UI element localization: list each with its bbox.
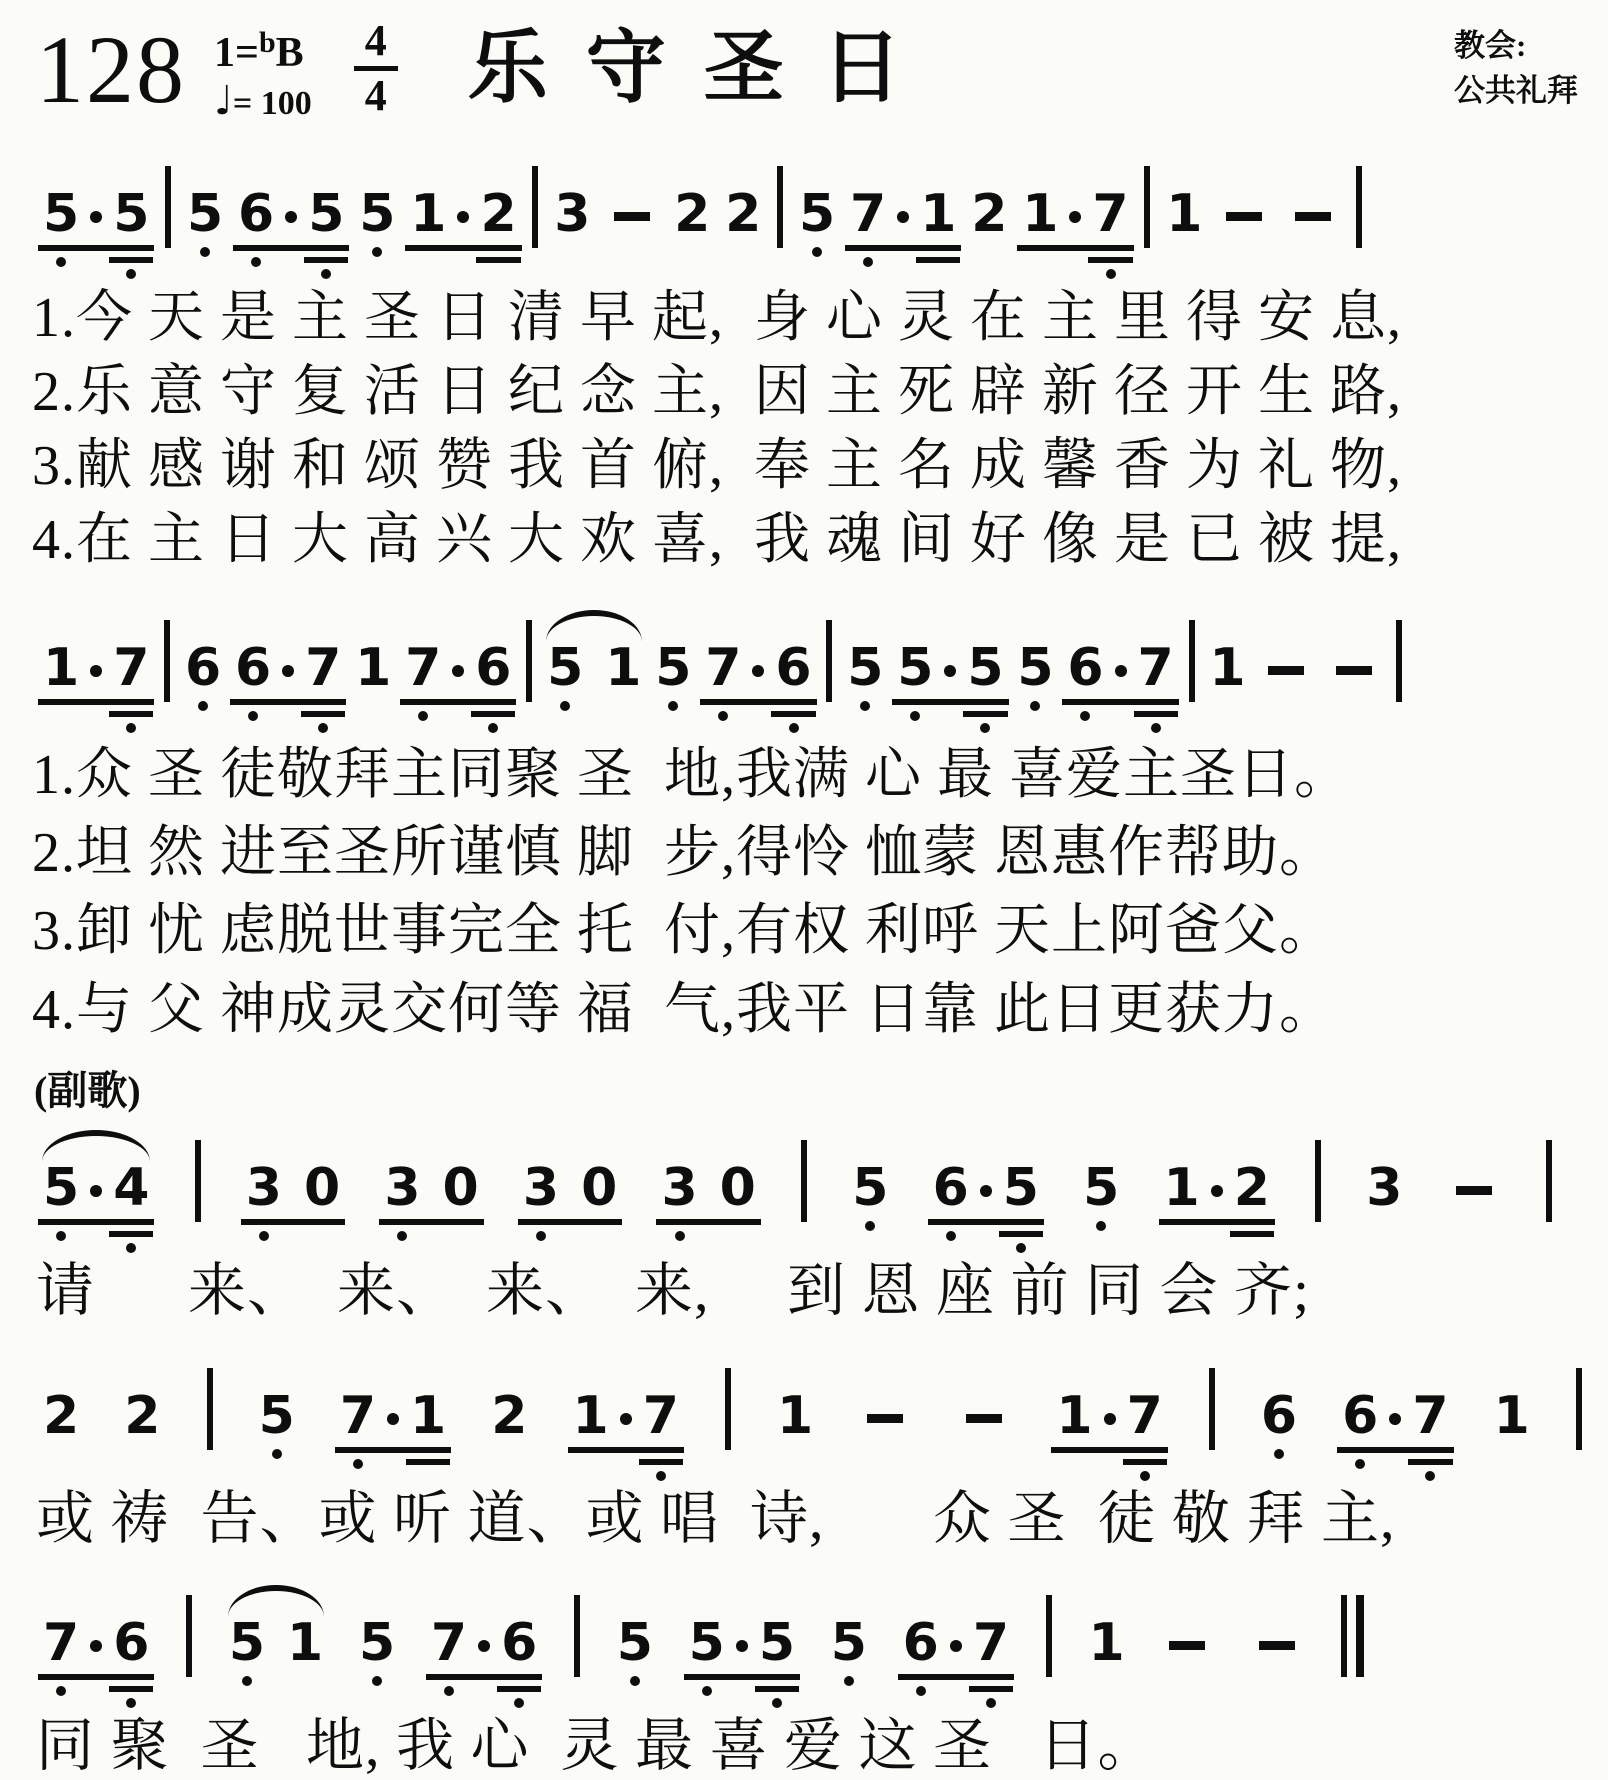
note-group: 6 [1258, 1390, 1300, 1442]
augmentation-dot [736, 1640, 748, 1652]
note-group: 65 [930, 1162, 1042, 1214]
note: 5 [655, 642, 691, 694]
note: 7 [973, 1617, 1009, 1669]
duration-dash [867, 1414, 903, 1423]
note: 0 [581, 1162, 617, 1214]
note-group: 5 [849, 1162, 891, 1214]
verse-line: 2.乐 意 守 复 活 日 纪 念 主, 因 主 死 辟 新 径 开 生 路, [32, 356, 1582, 430]
verse-lyrics-part1: 1.今 天 是 主 圣 日 清 早 起, 身 心 灵 在 主 里 得 安 息, … [32, 282, 1582, 578]
note-group: 76 [428, 1617, 540, 1669]
category-value: 公共礼拜 [1454, 69, 1578, 114]
note-group: 5 [1080, 1162, 1122, 1214]
note-group: 1 [1491, 1390, 1533, 1442]
note: 7 [43, 1617, 79, 1669]
augmentation-dot [1069, 211, 1081, 223]
note-group: 67 [1339, 1390, 1451, 1442]
note: 5 [617, 1617, 653, 1669]
note-group: 2 [968, 188, 1010, 240]
duration-dash [1226, 212, 1262, 221]
note-group: 12 [1161, 1162, 1273, 1214]
verse-lyrics-part2: 1.众 圣 徒敬拜主同聚 圣 地,我满 心 最 喜爱主圣日。 2.坦 然 进至圣… [32, 736, 1582, 1050]
verse-line: 4.与 父 神成灵交何等 福 气,我平 日靠 此日更获力。 [32, 971, 1582, 1049]
note-group: 55 [40, 188, 152, 240]
barline [207, 1368, 213, 1450]
note: 1 [1164, 1162, 1200, 1214]
refrain-music-line-2: 225712171176671 [38, 1332, 1588, 1482]
note: 5 [1003, 1162, 1039, 1214]
note: 5 [259, 1390, 295, 1442]
augmentation-dot [90, 1185, 102, 1197]
note: 7 [1127, 1390, 1163, 1442]
augmentation-dot [90, 1640, 102, 1652]
note: 5 [113, 188, 149, 240]
note: 0 [304, 1162, 340, 1214]
key-tempo-block: 1=bB ♩= 100 [214, 28, 312, 124]
note: 4 [113, 1162, 149, 1214]
barline [1576, 1368, 1582, 1450]
note-group [602, 212, 662, 240]
note: 5 [847, 642, 883, 694]
note: 6 [113, 1617, 149, 1669]
note-group: 3 [1363, 1162, 1405, 1214]
note-group: 30 [658, 1162, 758, 1214]
note-group: 17 [570, 1390, 682, 1442]
note-group [954, 1414, 1014, 1442]
barline [826, 620, 832, 702]
barline [164, 620, 170, 702]
hymn-sheet: 128 1=bB ♩= 100 4 4 乐守圣日 教会: 公共礼拜 555655… [0, 0, 1608, 1780]
note: 2 [1234, 1162, 1270, 1214]
note: 1 [1494, 1390, 1530, 1442]
note: 6 [1067, 642, 1103, 694]
duration-dash [1268, 666, 1304, 675]
note-group: 5 [844, 642, 886, 694]
verse-line: 3.献 感 谢 和 颂 赞 我 首 俯, 奉 主 名 成 馨 香 为 礼 物, [32, 430, 1582, 504]
note: 7 [431, 1617, 467, 1669]
note-group: 2 [488, 1390, 530, 1442]
note: 6 [235, 642, 271, 694]
note-group: 76 [702, 642, 814, 694]
augmentation-dot [90, 665, 102, 677]
augmentation-dot [980, 1185, 992, 1197]
page-title: 乐守圣日 [468, 22, 940, 114]
barline [1356, 166, 1362, 248]
note: 2 [674, 188, 710, 240]
note: 6 [185, 642, 221, 694]
note: 7 [1412, 1390, 1448, 1442]
note: 5 [359, 188, 395, 240]
note-group: 6 [182, 642, 224, 694]
note-group-slur: 54 [40, 1162, 152, 1214]
worship-category: 教会: 公共礼拜 [1454, 24, 1578, 114]
note: 6 [501, 1617, 537, 1669]
note: 7 [643, 1390, 679, 1442]
category-label: 教会: [1454, 24, 1578, 69]
note: 6 [775, 642, 811, 694]
note-group: 76 [402, 642, 514, 694]
note: 3 [246, 1162, 282, 1214]
augmentation-dot [897, 211, 909, 223]
note-group: 5 [256, 1390, 298, 1442]
barline [1396, 620, 1402, 702]
verse-line: 1.今 天 是 主 圣 日 清 早 起, 身 心 灵 在 主 里 得 安 息, [32, 282, 1582, 356]
barline [186, 1595, 192, 1677]
barline [532, 166, 538, 248]
verse-line: 3.卸 忧 虑脱世事完全 托 付,有权 利呼 天上阿爸父。 [32, 892, 1582, 970]
note-group [1247, 1641, 1307, 1669]
note-group-slur: 51 [226, 1617, 326, 1669]
augmentation-dot [1104, 1413, 1116, 1425]
note: 7 [340, 1390, 376, 1442]
note: 5 [852, 1162, 888, 1214]
note-group: 30 [520, 1162, 620, 1214]
note: 5 [547, 642, 583, 694]
note: 2 [971, 188, 1007, 240]
note: 5 [359, 1617, 395, 1669]
note-group: 17 [40, 642, 152, 694]
note: 5 [1083, 1162, 1119, 1214]
key-signature: 1=bB [214, 28, 312, 74]
time-signature: 4 4 [354, 18, 398, 119]
note-group: 76 [40, 1617, 152, 1669]
refrain-line: 同 聚 圣 地, 我 心 灵 最 喜 爱 这 圣 日。 [36, 1711, 1582, 1780]
augmentation-dot [387, 1413, 399, 1425]
augmentation-dot [620, 1413, 632, 1425]
note: 1 [573, 1390, 609, 1442]
augmentation-dot [944, 665, 956, 677]
barline [1315, 1140, 1321, 1222]
note-group: 3 [551, 188, 593, 240]
header: 128 1=bB ♩= 100 4 4 乐守圣日 教会: 公共礼拜 [26, 14, 1582, 124]
note: 5 [759, 1617, 795, 1669]
duration-dash [966, 1414, 1002, 1423]
augmentation-dot [1211, 1185, 1223, 1197]
barline [165, 166, 171, 248]
barline [574, 1595, 580, 1677]
note-group: 65 [235, 188, 347, 240]
music-line-verse-a: 555655123225712171 [38, 130, 1368, 280]
refrain-lyrics-1: 请 来、 来、 来、 来, 到 恩 座 前 同 会 齐; [32, 1256, 1582, 1326]
refrain-lyrics-2: 或 祷 告、或 听 道、或 唱 诗, 众 圣 徒 敬 拜 主, [32, 1484, 1582, 1554]
note: 5 [43, 1162, 79, 1214]
note: 7 [1138, 642, 1174, 694]
augmentation-dot [752, 665, 764, 677]
note-group: 5 [356, 188, 398, 240]
note-group: 67 [1064, 642, 1176, 694]
tempo-marking: ♩= 100 [214, 78, 312, 124]
note: 1 [605, 642, 641, 694]
note-group: 2 [121, 1390, 163, 1442]
refrain-music-line-3: 76515765555671 [38, 1559, 1368, 1709]
note-group: 30 [243, 1162, 343, 1214]
barline [801, 1140, 807, 1222]
augmentation-dot [90, 211, 102, 223]
note: 2 [480, 188, 516, 240]
barline [195, 1140, 201, 1222]
duration-dash [1456, 1186, 1492, 1195]
note-group: 1 [1163, 188, 1205, 240]
note: 5 [799, 188, 835, 240]
note-group: 1 [1206, 642, 1248, 694]
note: 1 [410, 188, 446, 240]
verse-line: 1.众 圣 徒敬拜主同聚 圣 地,我满 心 最 喜爱主圣日。 [32, 736, 1582, 814]
final-barline-stroke [1356, 1595, 1364, 1677]
key-tonic: B [276, 30, 304, 76]
note: 2 [124, 1390, 160, 1442]
note: 6 [1342, 1390, 1378, 1442]
note-group: 30 [381, 1162, 481, 1214]
note-group: 2 [40, 1390, 82, 1442]
verse-line: 2.坦 然 进至圣所谨慎 脚 步,得怜 恤蒙 恩惠作帮助。 [32, 814, 1582, 892]
note-group: 71 [847, 188, 959, 240]
note-group: 71 [337, 1390, 449, 1442]
note-group: 1 [774, 1390, 816, 1442]
note: 5 [187, 188, 223, 240]
note: 2 [43, 1390, 79, 1442]
note: 3 [523, 1162, 559, 1214]
note: 1 [410, 1390, 446, 1442]
barline [1189, 620, 1195, 702]
note: 5 [897, 642, 933, 694]
key-prefix: 1= [214, 30, 259, 76]
note: 5 [308, 188, 344, 240]
music-line-verse-b: 17667176515765555671 [38, 584, 1408, 734]
note-group: 67 [232, 642, 344, 694]
final-barline-stroke [1341, 1595, 1347, 1677]
note: 5 [1017, 642, 1053, 694]
note-group: 5 [1014, 642, 1056, 694]
note: 1 [355, 642, 391, 694]
augmentation-dot [478, 1640, 490, 1652]
note: 2 [725, 188, 761, 240]
note-group: 67 [900, 1617, 1012, 1669]
barline [777, 166, 783, 248]
note: 1 [43, 642, 79, 694]
barline [526, 620, 532, 702]
augmentation-dot [1389, 1413, 1401, 1425]
augmentation-dot [1115, 665, 1127, 677]
barline [725, 1368, 731, 1450]
duration-dash [1169, 1641, 1205, 1650]
note-group [1324, 666, 1384, 694]
refrain-line: 或 祷 告、或 听 道、或 唱 诗, 众 圣 徒 敬 拜 主, [36, 1484, 1582, 1554]
note-group: 1 [1086, 1617, 1128, 1669]
note: 1 [1166, 188, 1202, 240]
quarter-note-icon: ♩ [214, 78, 233, 124]
note-group: 2 [722, 188, 764, 240]
note-group: 5 [796, 188, 838, 240]
note: 3 [384, 1162, 420, 1214]
refrain-music-line-1: 54303030305655123 [38, 1104, 1558, 1254]
hymn-number: 128 [36, 22, 186, 118]
barline [1046, 1595, 1052, 1677]
note-group: 1 [352, 642, 394, 694]
note-group: 5 [828, 1617, 870, 1669]
note-group [1256, 666, 1316, 694]
note-group [1444, 1186, 1504, 1214]
note: 1 [777, 1390, 813, 1442]
note: 6 [238, 188, 274, 240]
flat-accidental: b [259, 26, 276, 59]
duration-dash [1259, 1641, 1295, 1650]
note: 5 [967, 642, 1003, 694]
duration-dash [1336, 666, 1372, 675]
augmentation-dot [452, 665, 464, 677]
note-group: 5 [652, 642, 694, 694]
note: 1 [1209, 642, 1245, 694]
note-group: 2 [671, 188, 713, 240]
note: 6 [475, 642, 511, 694]
note: 5 [689, 1617, 725, 1669]
note: 3 [661, 1162, 697, 1214]
verse-line: 4.在 主 日 大 高 兴 大 欢 喜, 我 魂 间 好 像 是 已 被 提, [32, 504, 1582, 578]
note-group [855, 1414, 915, 1442]
note-group [1283, 212, 1343, 240]
note: 1 [1022, 188, 1058, 240]
tempo-value: = 100 [233, 85, 312, 122]
note-group: 12 [407, 188, 519, 240]
note: 1 [1056, 1390, 1092, 1442]
note: 6 [1261, 1390, 1297, 1442]
note: 1 [920, 188, 956, 240]
time-sig-denominator: 4 [354, 73, 398, 119]
note: 7 [113, 642, 149, 694]
duration-dash [1295, 212, 1331, 221]
barline [1209, 1368, 1215, 1450]
note: 5 [229, 1617, 265, 1669]
note-group: 17 [1053, 1390, 1165, 1442]
note: 7 [705, 642, 741, 694]
note: 6 [933, 1162, 969, 1214]
note: 7 [850, 188, 886, 240]
augmentation-dot [457, 211, 469, 223]
note: 7 [305, 642, 341, 694]
note: 7 [405, 642, 441, 694]
note: 3 [1366, 1162, 1402, 1214]
note-group: 5 [356, 1617, 398, 1669]
final-barline [1341, 1595, 1364, 1677]
time-sig-numerator: 4 [354, 18, 398, 64]
refrain-line: 请 来、 来、 来、 来, 到 恩 座 前 同 会 齐; [36, 1256, 1582, 1326]
note: 5 [831, 1617, 867, 1669]
barline [1144, 166, 1150, 248]
note: 3 [554, 188, 590, 240]
note-group: 17 [1019, 188, 1131, 240]
note: 1 [1089, 1617, 1125, 1669]
refrain-lyrics-3: 同 聚 圣 地, 我 心 灵 最 喜 爱 这 圣 日。 [32, 1711, 1582, 1780]
duration-dash [614, 212, 650, 221]
barline [1546, 1140, 1552, 1222]
note: 5 [43, 188, 79, 240]
note: 0 [720, 1162, 756, 1214]
note-group: 55 [686, 1617, 798, 1669]
augmentation-dot [950, 1640, 962, 1652]
note: 0 [443, 1162, 479, 1214]
note: 6 [903, 1617, 939, 1669]
note-group: 5 [614, 1617, 656, 1669]
augmentation-dot [282, 665, 294, 677]
note-group [1157, 1641, 1217, 1669]
augmentation-dot [285, 211, 297, 223]
note-group-slur: 51 [544, 642, 644, 694]
note: 1 [287, 1617, 323, 1669]
note: 7 [1092, 188, 1128, 240]
note: 2 [491, 1390, 527, 1442]
note-group [1214, 212, 1274, 240]
note-group: 55 [894, 642, 1006, 694]
note-group: 5 [184, 188, 226, 240]
